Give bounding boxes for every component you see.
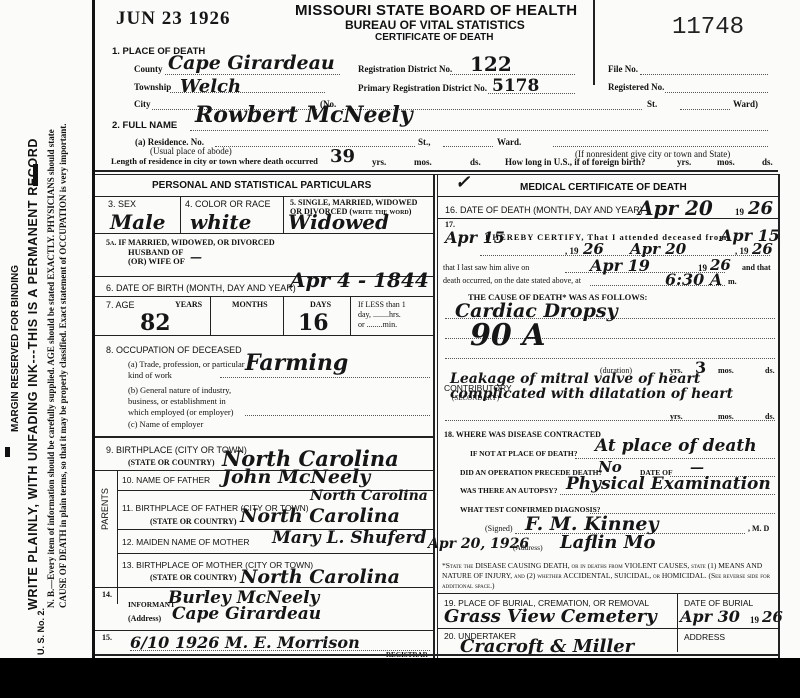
sex-label: 3. SEX (108, 199, 136, 209)
contracted-value: At place of death (595, 436, 757, 456)
ink-mark-2 (5, 447, 10, 457)
cause-value-2: 90 A (470, 318, 545, 353)
reg-district-value: 122 (470, 52, 512, 76)
primary-district-label: Primary Registration District No. (358, 83, 487, 93)
burial-value: Grass View Cemetery (444, 606, 657, 627)
dob-label: 6. DATE OF BIRTH (MONTH, DAY AND YEAR) (106, 283, 296, 293)
medical-section-title: MEDICAL CERTIFICATE OF DEATH (520, 182, 687, 193)
personal-section-title: PERSONAL AND STATISTICAL PARTICULARS (152, 180, 371, 191)
city-label: City (134, 99, 151, 109)
form-right-border (778, 174, 780, 658)
race-value: white (190, 210, 251, 234)
binding-margin: U. S. No. 2. MARGIN RESERVED FOR BINDING… (0, 0, 92, 658)
informant-address-label: (Address) (128, 614, 161, 623)
autopsy-value: Physical Examination (566, 474, 771, 494)
township-label: Township (134, 82, 171, 92)
county-value: Cape Girardeau (168, 52, 335, 74)
marital-value: Widowed (288, 210, 389, 234)
bureau-title: BUREAU OF VITAL STATISTICS (345, 18, 525, 32)
mother-value: Mary L. Shuferd (272, 528, 426, 548)
father-birthplace-value: North Carolina (240, 505, 400, 527)
binding-note: MARGIN RESERVED FOR BINDING (10, 265, 21, 432)
certify-text: I HEREBY CERTIFY, That I attended deceas… (485, 232, 727, 242)
ink-mark (33, 164, 38, 186)
father-value: John McNeely (222, 466, 370, 488)
filed-value: 6/10 1926 M. E. Morrison (130, 633, 360, 652)
full-name-value: Rowbert McNeely (195, 102, 413, 128)
scan-border (0, 658, 800, 698)
file-no-label: File No. (608, 64, 638, 74)
autopsy-label: WAS THERE AN AUTOPSY? (460, 486, 557, 495)
age-label: 7. AGE (106, 300, 135, 310)
occupation-label: 8. OCCUPATION OF DECEASED (106, 345, 242, 355)
father-label: 10. NAME OF FATHER (122, 475, 210, 485)
form-left-border (92, 0, 95, 658)
section-divider (95, 170, 778, 172)
instructions-line-1: N. B.—Every item of information should b… (46, 129, 56, 608)
residence-ward-label: Ward. (497, 137, 521, 147)
board-title: MISSOURI STATE BOARD OF HEALTH (295, 2, 577, 19)
death-occurred-label: death occurred, on the date stated above… (443, 276, 581, 285)
race-label: 4. COLOR OR RACE (185, 199, 271, 209)
informant-address-value: Cape Girardeau (172, 604, 321, 624)
received-stamp: JUN 23 1926 (116, 8, 230, 30)
certificate-title: CERTIFICATE OF DEATH (375, 32, 494, 43)
county-label: County (134, 64, 163, 74)
st-label: St. (647, 99, 657, 109)
dod-value: Apr 20 (638, 196, 713, 220)
residence-st-label: St., (418, 137, 431, 147)
certificate-number: 11748 (672, 14, 744, 41)
registered-no-label: Registered No. (608, 82, 664, 92)
township-value: Welch (180, 76, 241, 97)
burial-date: Apr 30 (680, 607, 740, 626)
spouse-label-1: 5a. IF MARRIED, WIDOWED, OR DIVORCED (106, 238, 275, 247)
header-divider (593, 0, 595, 85)
instructions-line-2: CAUSE OF DEATH in plain terms, so that i… (58, 124, 68, 608)
length-of-residence-label: Length of residence in city or town wher… (111, 156, 318, 166)
spouse-label-3: (OR) WIFE OF (128, 256, 185, 266)
death-time: 6:30 A (665, 270, 722, 289)
primary-district-value: 5178 (492, 76, 539, 96)
father-birthplace-city: North Carolina (310, 488, 428, 504)
occupation-b-label: (b) General nature of industry, business… (128, 385, 248, 418)
physician-address: Laflin Mo (560, 532, 656, 553)
residence-sub-label: (Usual place of abode) (150, 146, 232, 156)
us-residence-label: How long in U.S., if of foreign birth? (505, 157, 645, 167)
column-divider (433, 174, 435, 658)
parents-label: PARENTS (100, 488, 110, 530)
undertaker-address-label: ADDRESS (684, 632, 725, 642)
full-name-label: 2. FULL NAME (112, 120, 177, 131)
reg-district-label: Registration District No. (358, 64, 452, 74)
sex-value: Male (110, 210, 165, 234)
dod-year: 26 (748, 198, 773, 219)
mother-label: 12. MAIDEN NAME OF MOTHER (122, 537, 250, 547)
last-saw-value: Apr 19 (590, 256, 650, 275)
attended-to-year: 26 (752, 240, 773, 258)
contracted-label: 18. WHERE WAS DISEASE CONTRACTED (444, 430, 601, 439)
dob-value: Apr 4 - 1844 (290, 268, 429, 292)
last-saw-label: that I last saw him alive on (443, 263, 529, 272)
spouse-value: — (190, 250, 202, 264)
cause-footnote: *State the DISEASE CAUSING DEATH, or in … (442, 561, 772, 591)
form-number: U. S. No. 2. (36, 608, 46, 655)
death-certificate: U. S. No. 2. MARGIN RESERVED FOR BINDING… (0, 0, 800, 658)
ward-label: Ward) (733, 99, 758, 109)
occupation-c-label: (c) Name of employer (128, 419, 203, 429)
ink-note: WRITE PLAINLY, WITH UNFADING INK---THIS … (26, 138, 40, 610)
contributory-value: Leakage of mitral valve of heart complic… (450, 372, 775, 402)
dod-label: 16. DATE OF DEATH (MONTH, DAY AND YEAR) (445, 205, 643, 215)
age-days: 16 (298, 310, 329, 336)
check-mark: ✓ (455, 172, 470, 193)
age-years: 82 (140, 310, 171, 336)
mother-birthplace-value: North Carolina (240, 566, 400, 588)
occupation-a-value: Farming (245, 350, 348, 376)
length-of-residence-years: 39 (330, 146, 355, 167)
